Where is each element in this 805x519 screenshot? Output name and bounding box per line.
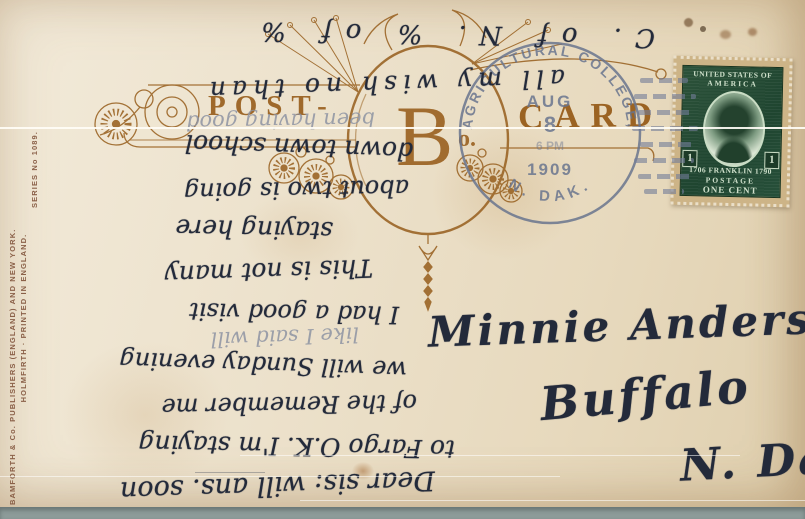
postmark-time: 6 PM [536,139,564,153]
pencil-underline [195,472,265,473]
franklin-portrait [702,90,766,167]
cancellation-bar [634,158,694,163]
stamp-name: FRANKLIN [709,165,753,175]
imprint-line: BAMFORTH & Co. PUBLISHERS (ENGLAND) AND … [7,131,18,505]
publisher-imprint: BAMFORTH & Co. PUBLISHERS (ENGLAND) AND … [7,131,40,505]
cancellation-bar [638,110,693,115]
poppy-cluster-icon [269,147,353,199]
crease-line [0,476,560,477]
pendant-ornament [419,234,437,310]
ray-fan-icon [266,16,359,93]
postmark-month: AUG [527,92,574,111]
scanned-postcard-photo: POST- CARD B o. BAMFORTH & Co. PUBLISHER… [0,0,805,519]
postmark-stamp: AGRICULTURAL COLLEGE, N. DAK. AUG 8 6 PM… [450,33,650,233]
cancellation-bar [638,174,693,179]
stamp-denomination: ONE CENT [681,184,780,196]
cancellation-bar [640,142,692,147]
imprint-line: HOLMFIRTH · PRINTED IN ENGLAND. [18,131,29,505]
spiral-icon [145,85,199,139]
post-label: POST- [208,90,336,123]
postmark-state: N. DAK. [505,176,594,206]
address-state: N. Dak [679,431,805,492]
postage-stamp: UNITED STATES OF AMERICA 1706 FRANKLIN 1… [670,56,792,208]
publisher-monogram: B [396,86,453,186]
postmark-day: 8 [544,112,556,137]
imprint-line: SERIES No 1089. [29,131,40,505]
cancellation-bar [644,189,684,194]
stamp-design: UNITED STATES OF AMERICA 1706 FRANKLIN 1… [680,65,784,198]
cancellation-bar [640,78,688,83]
svg-text:N. DAK.: N. DAK. [505,176,594,206]
scratch-line [0,127,805,129]
cancellation-bar [634,94,696,99]
crease-line [300,500,805,501]
postmark-year: 1909 [527,160,573,179]
crease-line [240,455,740,456]
stamp-corner-value: 1 [764,152,779,169]
